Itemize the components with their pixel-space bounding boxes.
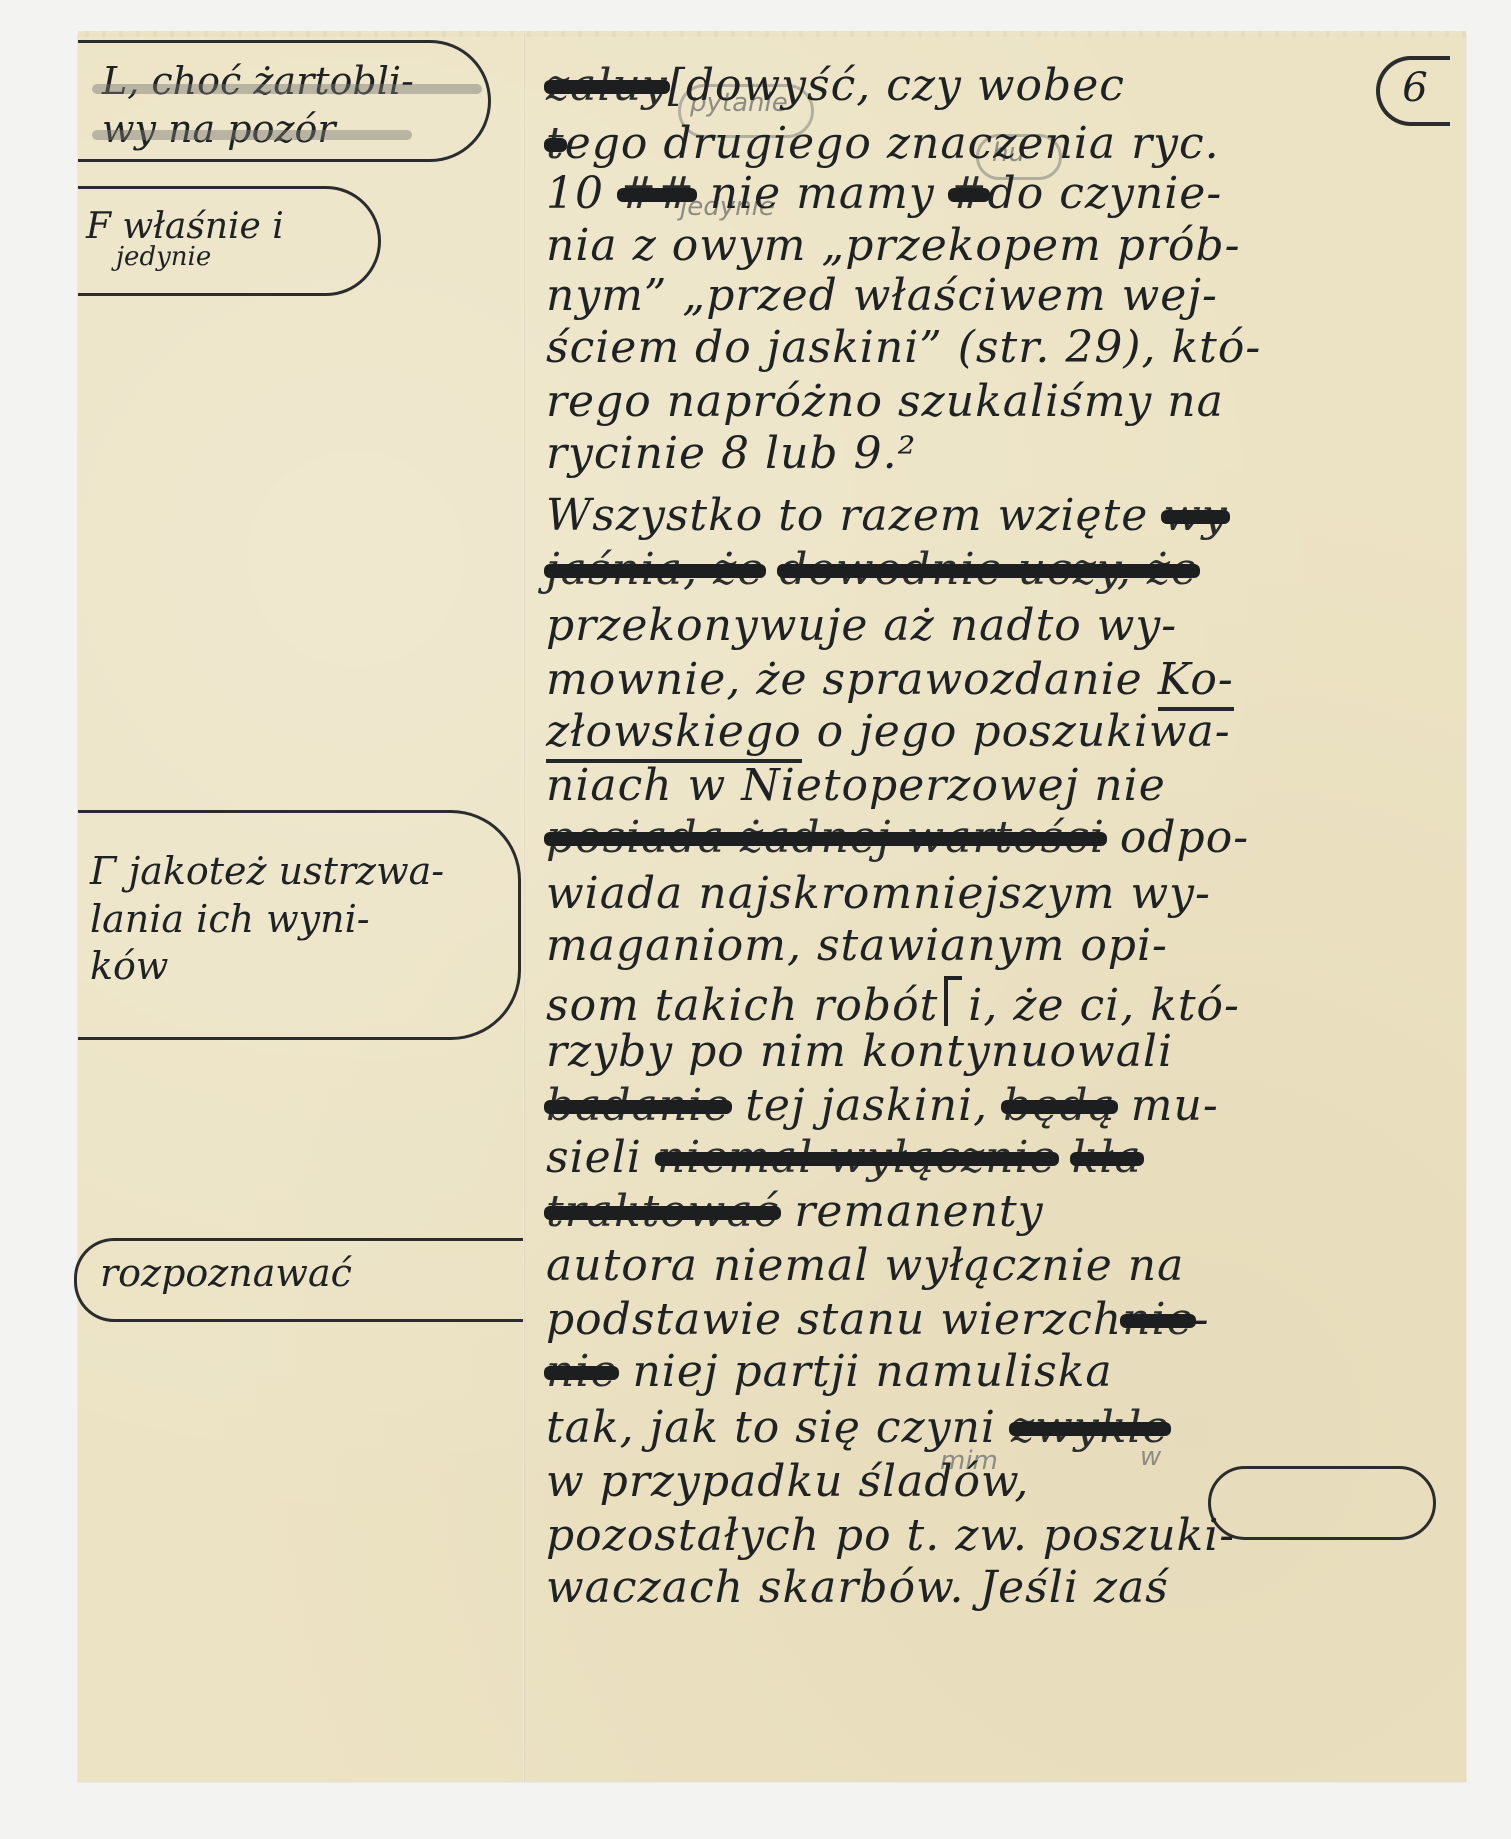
text-line: tego drugiego znaczenia ryc. (546, 122, 1220, 166)
text-segment: do czynie- (988, 168, 1223, 219)
text-line: traktować remanenty (546, 1190, 1044, 1234)
margin-note-1-line: L, choć żartobli- (102, 58, 414, 106)
text-segment: niej partji namuliska (617, 1346, 1112, 1397)
text-segment: nia z owym „przekopem prób- (546, 220, 1241, 271)
text-line: nym” „przed właściwem wej- (546, 274, 1218, 318)
text-segment: niach w Nietoperzowej nie (546, 760, 1166, 811)
text-line: ściem do jaskini” (str. 29), któ- (546, 326, 1261, 370)
text-line: przekonywuje aż nadto wy- (546, 604, 1177, 648)
text-segment: wiada najskromniejszym wy- (546, 868, 1211, 919)
text-line: wiada najskromniejszym wy- (546, 872, 1211, 916)
text-segment: w przypadku śladów, (546, 1456, 1029, 1507)
text-segment: rego napróżno szukaliśmy na (546, 376, 1224, 427)
text-segment: pozostałych po t. zw. poszuki- (546, 1510, 1235, 1561)
text-line: podstawie stanu wierzchnie- (546, 1298, 1210, 1342)
text-line: rego napróżno szukaliśmy na (546, 380, 1224, 424)
margin-note-3-line: ków (90, 943, 444, 991)
text-line: zaluy[dowyść, czy wobec (546, 64, 1125, 108)
text-line: badanie tej jaskini, będą mu- (546, 1084, 1219, 1128)
text-segment: remanenty (779, 1186, 1043, 1237)
struck-text: zwykle (1011, 1402, 1169, 1453)
pencil-strike (92, 84, 482, 94)
struck-text: niemal wyłącznie (657, 1132, 1057, 1183)
manuscript-page: 6 L, choć żartobli- wy na pozór F właśni… (78, 34, 1466, 1782)
text-segment: tak, jak to się czyni (546, 1402, 1011, 1453)
text-line: sieli niemal wyłącznie kła (546, 1136, 1142, 1180)
margin-note-3: Γ jakoteż ustrzwa- lania ich wyni- ków (90, 848, 444, 991)
text-line: w przypadku śladów, (546, 1460, 1029, 1504)
text-segment: odpo- (1105, 812, 1249, 863)
margin-note-4-line: rozpoznawać (100, 1250, 352, 1298)
text-line: waczach skarbów. Jeśli zaś (546, 1566, 1169, 1610)
text-segment: som takich robót (546, 980, 938, 1031)
text-line: Wszystko to razem wzięte wy (546, 494, 1228, 538)
struck-text: traktować (546, 1186, 779, 1237)
text-segment: waczach skarbów. Jeśli zaś (546, 1562, 1169, 1613)
text-segment: sieli (546, 1132, 657, 1183)
struck-text: kła (1072, 1132, 1142, 1183)
text-segment: ściem do jaskini” (str. 29), któ- (546, 322, 1261, 373)
text-line: posiada żadnej wartości odpo- (546, 816, 1249, 860)
text-segment: maganiom, stawianym opi- (546, 920, 1168, 971)
struck-text: nie (546, 1346, 617, 1397)
struck-text: wy (1163, 490, 1228, 541)
struck-text: jaśnia, że (546, 544, 764, 595)
underlined-text: Ko- (1158, 654, 1234, 711)
text-segment: Wszystko to razem wzięte (546, 490, 1163, 541)
text-segment: mu- (1116, 1080, 1219, 1131)
text-line: niach w Nietoperzowej nie (546, 764, 1166, 808)
struck-text: będą (1003, 1080, 1116, 1131)
text-segment: rycinie 8 lub 9.² (546, 428, 916, 479)
struck-text: posiada żadnej wartości (546, 812, 1105, 863)
margin-note-3-line: lania ich wyni- (90, 896, 444, 944)
text-line: maganiom, stawianym opi- (546, 924, 1168, 968)
struck-text: # (950, 168, 988, 219)
pencil-strike (92, 130, 412, 140)
text-line: jaśnia, że dowodnie uczy, że (546, 548, 1198, 592)
struck-text: ## (619, 168, 695, 219)
struck-text: zaluy (546, 60, 668, 111)
text-line: tak, jak to się czyni zwykle (546, 1406, 1169, 1450)
text-segment: 10 (546, 168, 619, 219)
paper-fold-line (523, 34, 525, 1782)
text-segment: nym” „przed właściwem wej- (546, 270, 1218, 321)
text-segment: ego drugiego znaczenia ryc. (565, 118, 1220, 169)
text-line: nie niej partji namuliska (546, 1350, 1113, 1394)
text-line: rycinie 8 lub 9.² (546, 432, 916, 476)
underlined-text: złowskiego (546, 706, 802, 763)
text-line: nia z owym „przekopem prób- (546, 224, 1241, 268)
text-line: 10 ## nie mamy #do czynie- (546, 172, 1222, 216)
text-segment: nie mamy (695, 168, 950, 219)
text-line: rzyby po nim kontynuowali (546, 1030, 1173, 1074)
text-line: autora niemal wyłącznie na (546, 1244, 1184, 1288)
text-line: som takich robóti, że ci, któ- (546, 976, 1240, 1028)
text-line: pozostałych po t. zw. poszuki- (546, 1514, 1235, 1558)
text-segment: i, że ci, któ- (968, 980, 1240, 1031)
struck-text: nie (1122, 1294, 1193, 1345)
page-number: 6 (1376, 56, 1450, 126)
margin-note-2: F właśnie i jedynie (86, 204, 284, 274)
text-segment: [dowyść, czy wobec (668, 60, 1125, 111)
text-segment: podstawie stanu wierzch (546, 1294, 1122, 1345)
struck-text: dowodnie uczy, że (779, 544, 1198, 595)
struck-text: t (546, 118, 565, 169)
margin-note-3-line: Γ jakoteż ustrzwa- (90, 848, 444, 896)
text-segment: - (1194, 1294, 1210, 1345)
text-segment: o jego poszukiwa- (802, 706, 1231, 757)
text-segment: rzyby po nim kontynuowali (546, 1026, 1173, 1077)
text-line: złowskiego o jego poszukiwa- (546, 710, 1231, 754)
text-segment: mownie, że sprawozdanie (546, 654, 1158, 705)
insertion-bracket-mark (944, 976, 962, 1026)
text-segment: przekonywuje aż nadto wy- (546, 600, 1177, 651)
text-segment: tej jaskini, (730, 1080, 1003, 1131)
text-segment: autora niemal wyłącznie na (546, 1240, 1184, 1291)
margin-note-4: rozpoznawać (100, 1250, 352, 1298)
ink-circle-zwykle (1208, 1466, 1436, 1540)
struck-text: badanie (546, 1080, 730, 1131)
text-line: mownie, że sprawozdanie Ko- (546, 658, 1234, 702)
